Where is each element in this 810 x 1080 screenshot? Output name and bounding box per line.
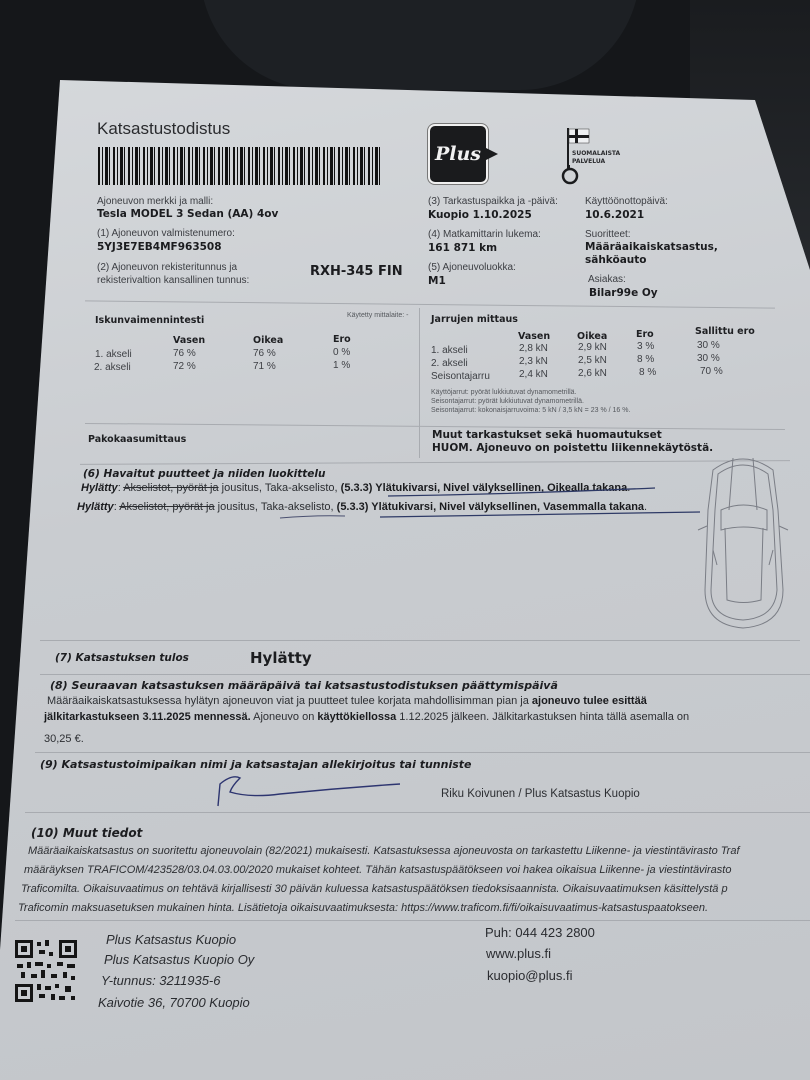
other-info-line: Määräaikaiskatsastus on suoritettu ajone…: [28, 845, 740, 857]
next-inspection-text: Ajoneuvo on: [251, 711, 318, 723]
divider: [15, 920, 810, 921]
footer-email: kuopio@plus.fi: [487, 968, 572, 983]
handwritten-signature: [210, 770, 410, 810]
divider: [35, 752, 810, 753]
footer-address: Kaivotie 36, 70700 Kuopio: [98, 995, 250, 1010]
signer-name: Riku Koivunen / Plus Katsastus Kuopio: [441, 788, 640, 800]
result-value: Hylätty: [250, 649, 312, 667]
next-inspection-text: 1.12.2025 jälkeen. Jälkitarkastuksen hin…: [396, 711, 689, 723]
footer-company-legal: Plus Katsastus Kuopio Oy: [104, 952, 254, 967]
inspection-certificate-paper: Katsastustodistus Plus SUOMALAISTA PALVE…: [0, 0, 810, 1080]
qr-code-icon: [15, 940, 77, 1002]
other-info-line: Traficomin maksuasetuksen mukainen hinta…: [18, 902, 708, 914]
divider: [25, 812, 810, 813]
other-info-line: määräyksen TRAFICOM/423528/03.04.03.00/2…: [24, 864, 731, 876]
footer-business-id: Y-tunnus: 3211935-6: [101, 973, 221, 988]
divider: [40, 674, 810, 675]
next-inspection-line-2: jälkitarkastukseen 3.11.2025 mennessä. A…: [44, 711, 689, 723]
car-diagram-icon: [693, 450, 793, 635]
next-inspection-line-1: Määräaikaiskatsastuksessa hylätyn ajoneu…: [47, 695, 647, 707]
usage-ban-label: käyttökiellossa: [317, 711, 396, 723]
divider: [40, 640, 800, 641]
other-info-line: Traficomilta. Oikaisuvaatimus on tehtävä…: [21, 883, 728, 895]
next-inspection-title: (8) Seuraavan katsastuksen määräpäivä ta…: [50, 679, 558, 692]
result-label: (7) Katsastuksen tulos: [55, 652, 189, 664]
reinspection-deadline: jälkitarkastukseen 3.11.2025 mennessä.: [44, 711, 251, 723]
other-info-title: (10) Muut tiedot: [31, 826, 142, 840]
background-seat: [200, 0, 640, 90]
next-inspection-emphasis: ajoneuvo tulee esittää: [532, 695, 647, 707]
footer-website: www.plus.fi: [486, 946, 551, 961]
footer-company-name: Plus Katsastus Kuopio: [106, 932, 236, 947]
reinspection-price: 30,25 €.: [44, 733, 84, 745]
footer-phone: Puh: 044 423 2800: [485, 925, 595, 940]
next-inspection-text: Määräaikaiskatsastuksessa hylätyn ajoneu…: [47, 695, 532, 707]
